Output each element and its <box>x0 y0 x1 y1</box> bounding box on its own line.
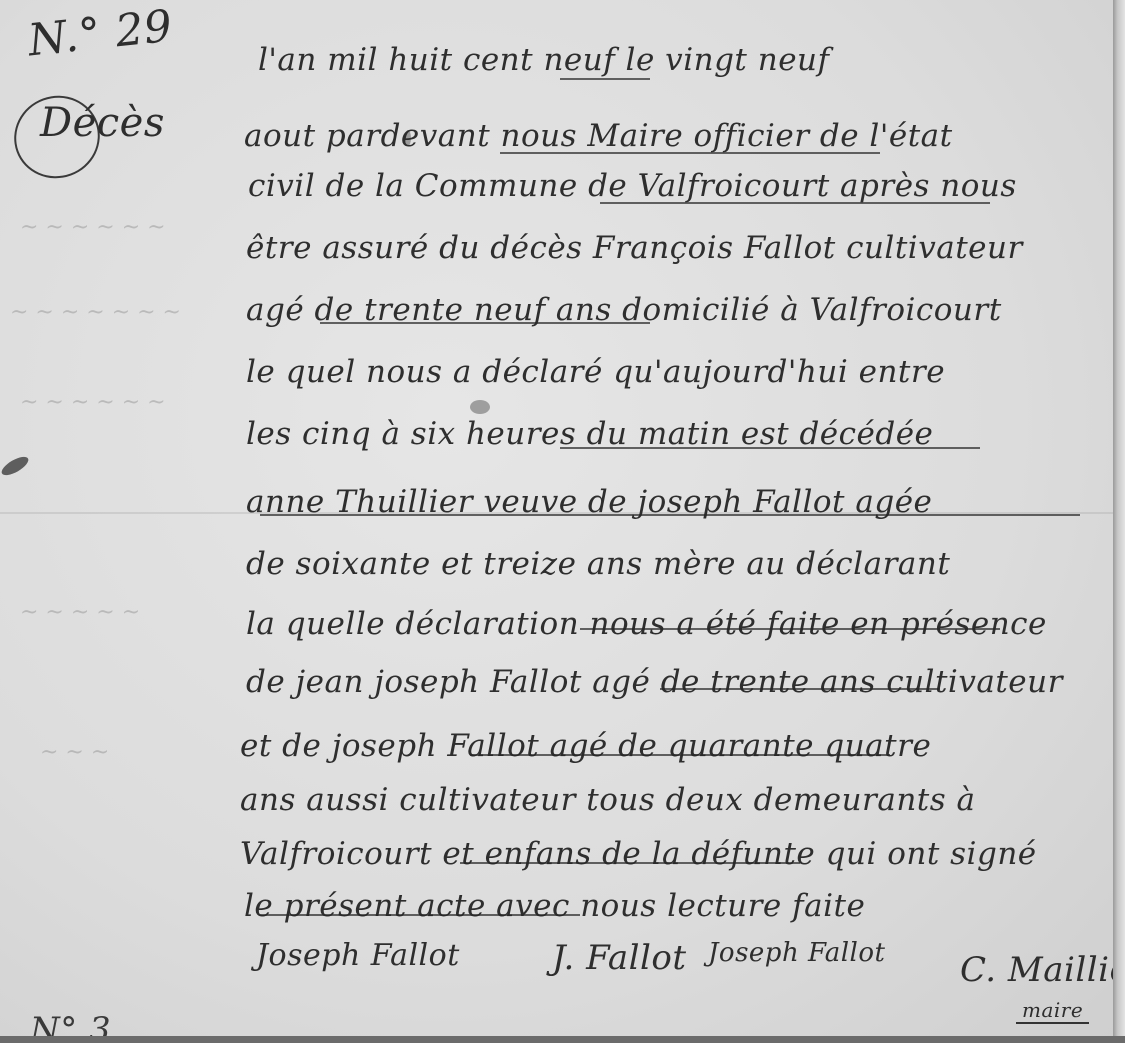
connector-stroke <box>660 688 940 690</box>
register-page: ~ ~ ~ ~ ~ ~ ~ ~ ~ ~ ~ ~ ~ ~ ~ ~ ~ ~ ~ ~ … <box>0 0 1113 1043</box>
signature: J. Fallot <box>552 938 687 978</box>
connector-stroke <box>500 152 880 154</box>
record-line: de soixante et treize ans mère au déclar… <box>246 546 950 582</box>
bleed-through-text: ~ ~ ~ ~ ~ <box>20 600 140 625</box>
connector-stroke <box>470 754 890 756</box>
record-line: Valfroicourt et enfans de la défunte qui… <box>240 836 1037 872</box>
connector-stroke <box>580 628 1000 630</box>
scan-bottom-border <box>0 1036 1125 1043</box>
record-line: le présent acte avec nous lecture faite <box>244 888 865 924</box>
bleed-through-text: ~ ~ ~ <box>40 740 109 765</box>
record-line: être assuré du décès François Fallot cul… <box>246 230 1023 266</box>
record-line: civil de la Commune de Valfroicourt aprè… <box>248 168 1017 204</box>
connector-stroke <box>320 322 650 324</box>
connector-stroke <box>600 202 990 204</box>
signature: Joseph Fallot <box>708 938 885 968</box>
entry-number: N.° 29 <box>26 1 175 67</box>
record-line: la quelle déclaration nous a été faite e… <box>246 606 1047 642</box>
record-line: de jean joseph Fallot agé de trente ans … <box>246 664 1063 700</box>
connector-stroke <box>560 447 980 449</box>
record-line: aout pardevant nous Maire officier de l'… <box>244 118 953 154</box>
connector-stroke <box>260 514 1080 516</box>
mayor-title: maire <box>1016 998 1089 1024</box>
ink-blot <box>470 400 490 414</box>
margin-note: Décès <box>40 100 165 146</box>
connector-stroke <box>560 78 650 80</box>
bleed-through-text: ~ ~ ~ ~ ~ ~ ~ <box>10 300 181 325</box>
record-line: l'an mil huit cent neuf le vingt neuf <box>258 42 829 78</box>
bleed-through-text: ~ ~ ~ ~ ~ ~ <box>20 215 166 240</box>
ink-blot <box>0 453 31 478</box>
connector-stroke <box>460 862 800 864</box>
page-edge <box>1113 0 1125 1043</box>
record-line: ans aussi cultivateur tous deux demeuran… <box>240 782 976 818</box>
signature: Joseph Fallot <box>256 938 460 973</box>
record-line: le quel nous a déclaré qu'aujourd'hui en… <box>246 354 945 390</box>
connector-stroke <box>260 914 580 916</box>
bleed-through-text: ~ ~ ~ ~ ~ ~ <box>20 390 166 415</box>
record-line: et de joseph Fallot agé de quarante quat… <box>240 728 931 764</box>
mayor-signature: C. Maillier <box>960 950 1113 990</box>
